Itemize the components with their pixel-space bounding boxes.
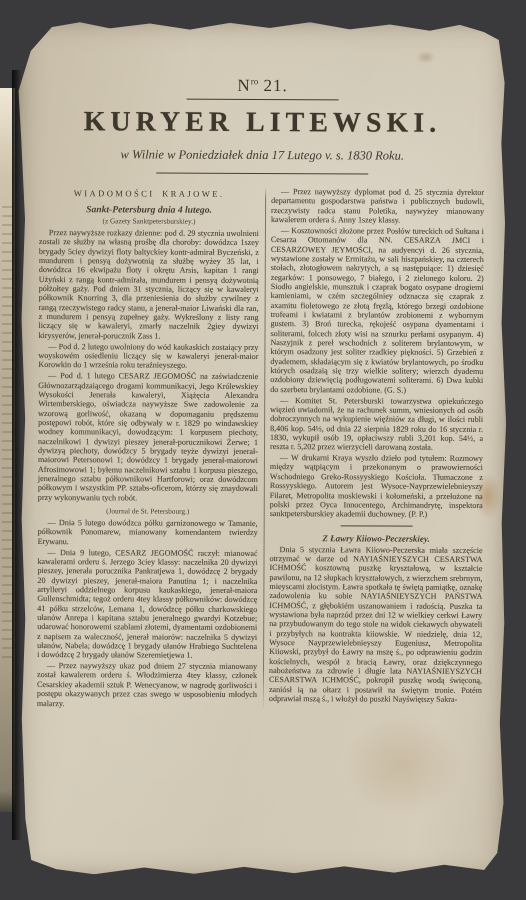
section-heading-lavra: Z Ławry Kiiowo-Peczerskiey. <box>270 533 483 544</box>
news-paragraph: — Przez naywyższy dyplomat pod d. 25 sty… <box>271 187 484 225</box>
news-columns: WIADOMOŚCI KRAJOWE. Sankt-Petersburg dni… <box>37 186 485 711</box>
section-heading-domestic-news: WIADOMOŚCI KRAJOWE. <box>39 188 259 199</box>
news-paragraph: — Dnia 5 lutego dowódzca półku garnizono… <box>38 518 258 547</box>
news-paragraph: — Komitet St. Petersburski towarzystwa o… <box>270 396 483 453</box>
paper-stain <box>342 715 462 816</box>
news-column-left: WIADOMOŚCI KRAJOWE. Sankt-Petersburg dni… <box>37 186 259 710</box>
journal-source-note: (Journal de St. Petersbourg.) <box>38 506 258 516</box>
binding-gutter-shadow <box>12 70 22 840</box>
column-divider-rule <box>263 187 266 710</box>
news-paragraph: Dnia 5 stycznia Ławra Kiiowo-Peczerska m… <box>269 545 483 705</box>
issue-superscript: ro <box>251 76 259 86</box>
news-paragraph: — Dnia 9 lutego, CESARZ JEGOMOŚĆ raczył:… <box>37 548 257 661</box>
news-paragraph: — W drukarni Kraya wyszło dzieło pod tyt… <box>270 453 483 519</box>
masthead-rule <box>156 173 368 175</box>
issue-underline-rule <box>187 99 339 101</box>
news-paragraph: Przez naywyższe rozkazy dzienne: pod d. … <box>38 228 258 341</box>
section-divider-rule <box>340 525 412 526</box>
page-content: Nro 21. KURYER LITEWSKI. w Wilnie w Poni… <box>37 49 486 711</box>
news-column-right: — Przez naywyższy dyplomat pod d. 25 sty… <box>269 187 484 711</box>
scanner-background: { "palette":{"background":"#3a3a3c","pap… <box>0 0 526 900</box>
source-note: (z Gazety Sanktpetersburskiey.) <box>39 216 259 226</box>
news-paragraph: — Przez naywyższy ukaz pod dniem 27 styc… <box>37 661 257 709</box>
masthead-title: KURYER LITEWSKI. <box>39 106 485 140</box>
issue-number: Nro 21. <box>40 75 486 97</box>
news-paragraph: — Pod d. 2 lutego uwolniony do wód kauka… <box>38 342 258 371</box>
news-paragraph: — Pod d. 1 lutego CESARZ JEGOMOŚĆ na zaś… <box>38 371 259 503</box>
masthead-dateline: w Wilnie w Poniedziałek dnia 17 Lutego v… <box>39 147 485 164</box>
news-paragraph: — Kosztowności złożone przez Posłów ture… <box>270 226 484 395</box>
newspaper-scan-page: Nro 21. KURYER LITEWSKI. w Wilnie w Poni… <box>14 19 510 881</box>
place-dateline-heading: Sankt-Petersburg dnia 4 lutego. <box>39 204 259 216</box>
